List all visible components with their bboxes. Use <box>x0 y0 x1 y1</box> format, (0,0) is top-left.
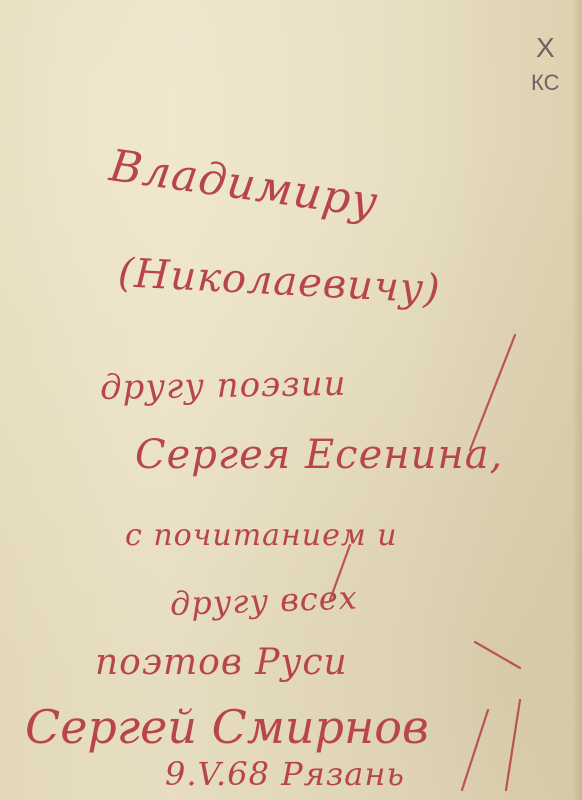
signature: Сергей Смирнов <box>25 700 429 754</box>
handwritten-inscription: Владимиру (Николаевичу) другу поэзии Сер… <box>0 0 582 800</box>
inscription-line-5: с почитанием и <box>125 518 398 553</box>
inscription-line-4: Сергея Есенина, <box>135 432 503 478</box>
date-place: 9.V.68 Рязань <box>165 755 405 793</box>
inscription-line-3: другу поэзии <box>100 364 347 408</box>
scanned-page: X КС Владимиру (Николаевичу) другу поэзи… <box>0 0 582 800</box>
inscription-line-1: Владимиру <box>106 140 381 228</box>
inscription-line-6: другу всех <box>169 578 358 623</box>
inscription-line-2: (Николаевичу) <box>117 250 442 313</box>
inscription-line-7: поэтов Руси <box>95 642 348 683</box>
